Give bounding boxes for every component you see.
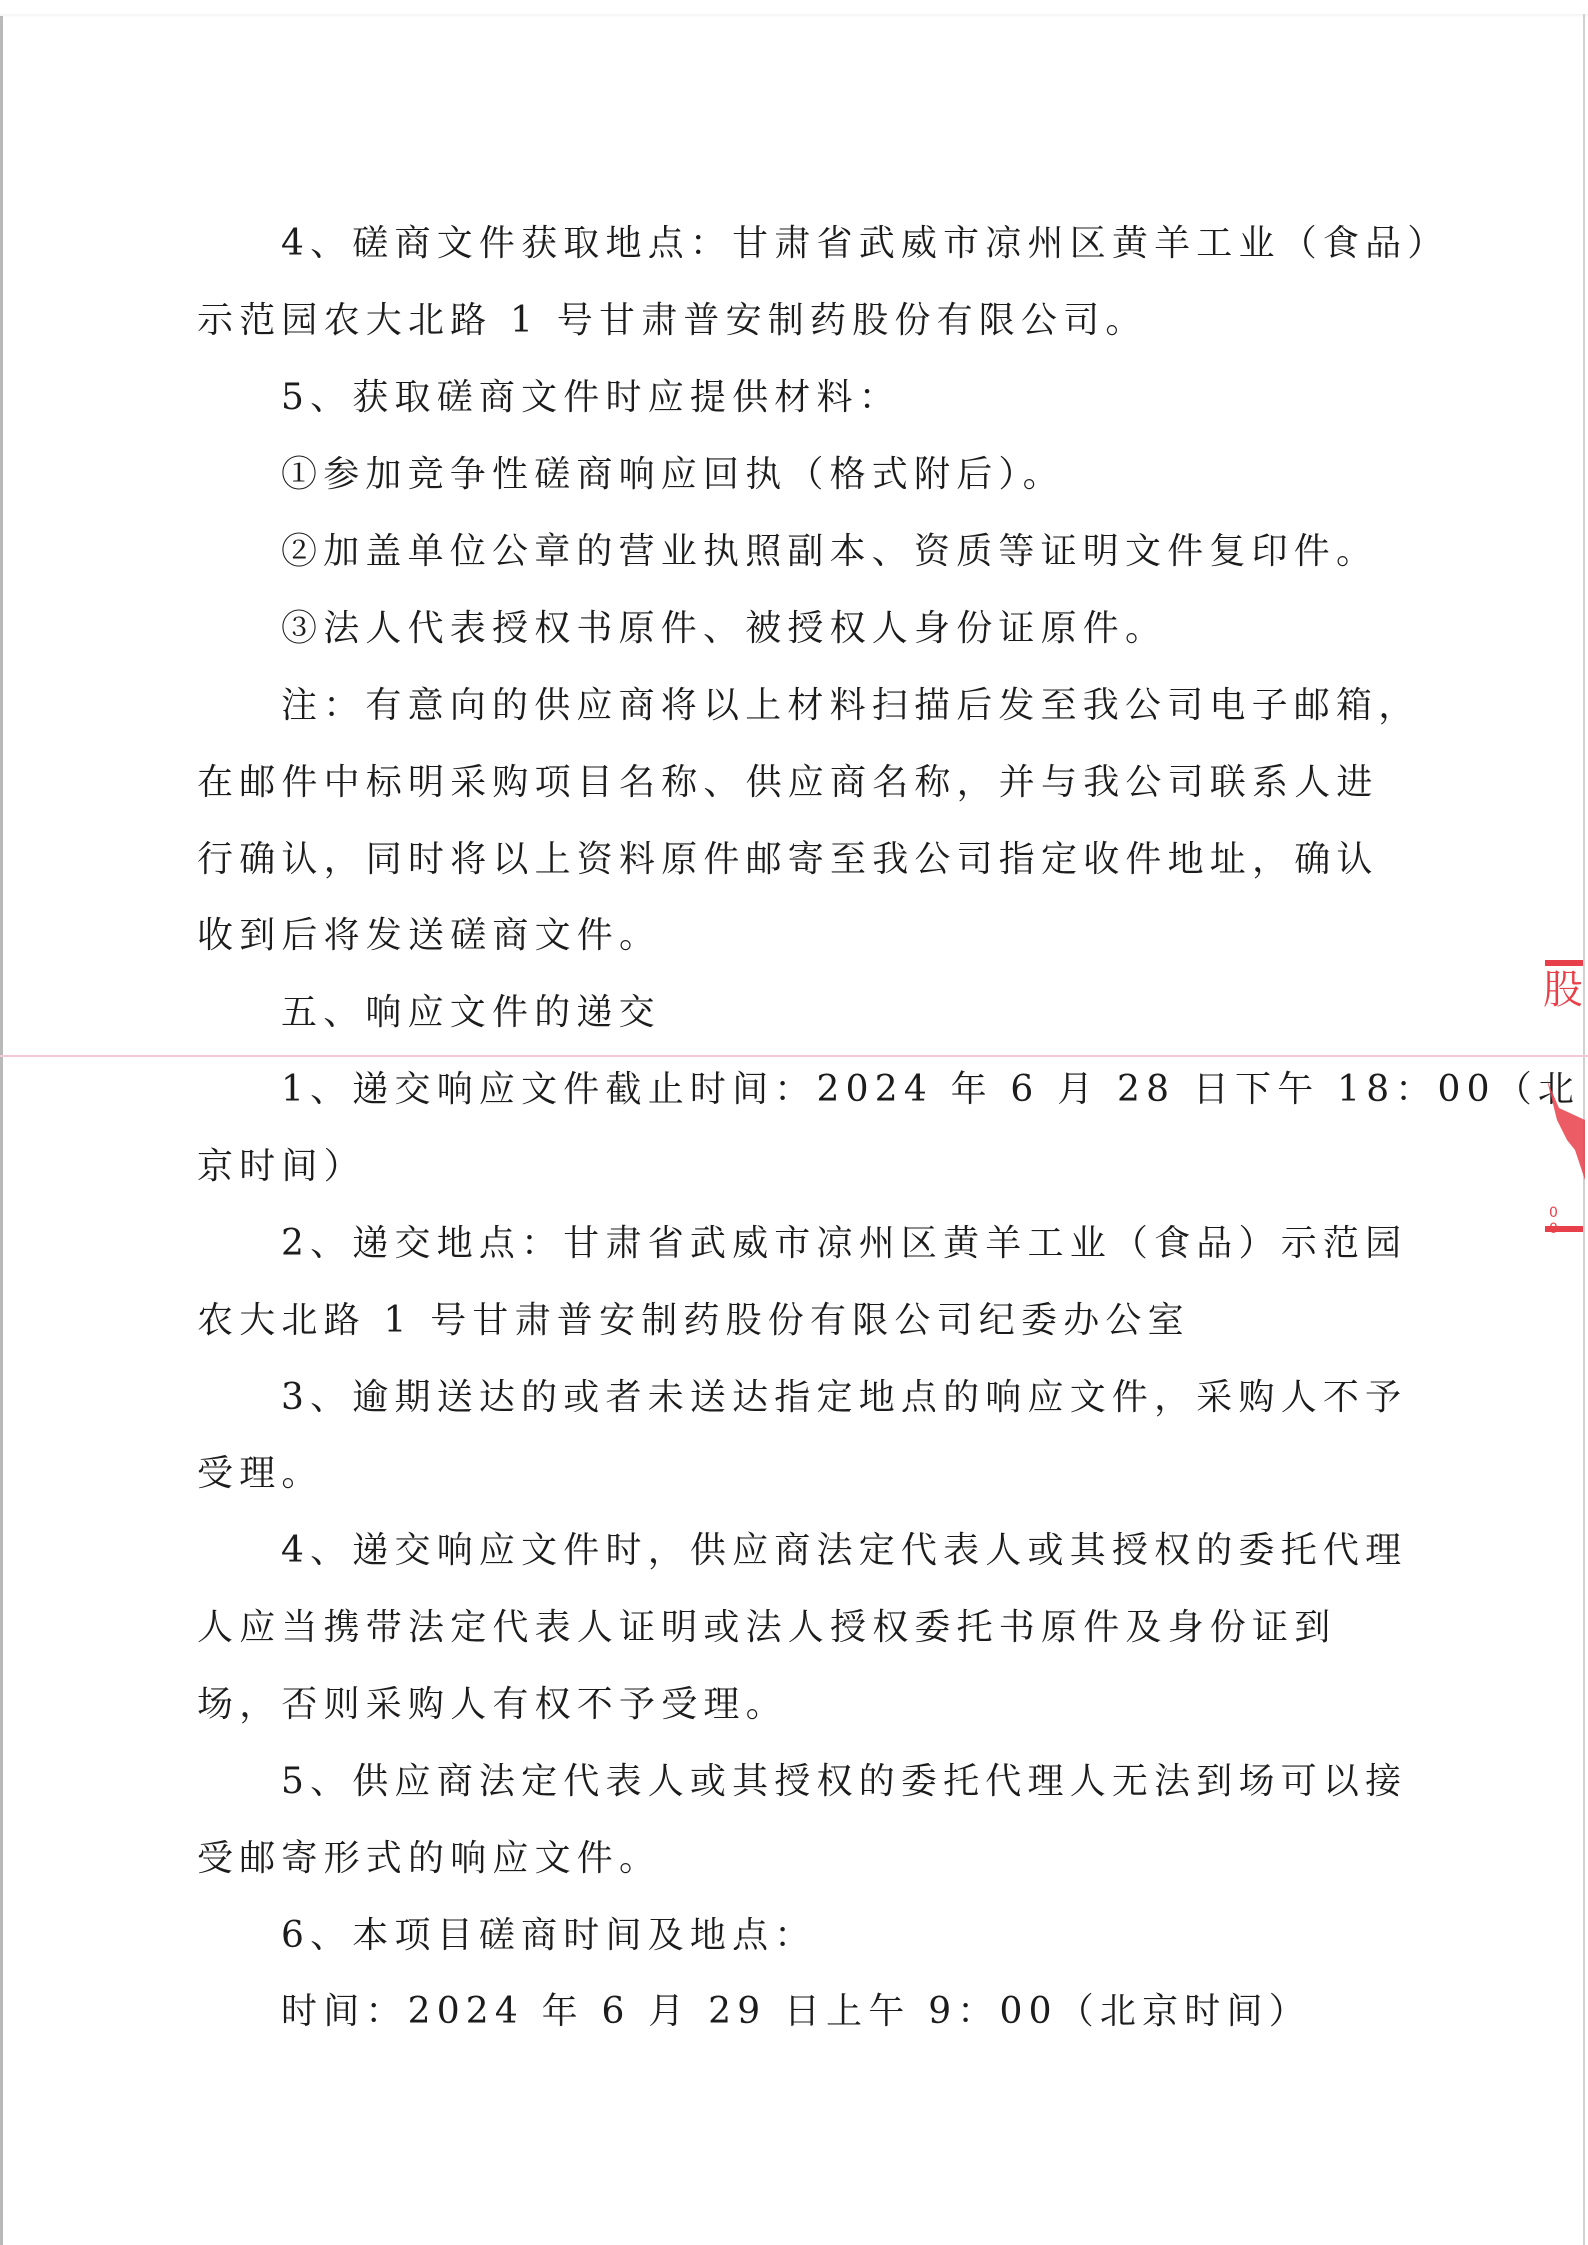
negotiation-time: 时间：2024 年 6 月 29 日上午 9：00（北京时间）	[281, 1990, 1311, 2034]
submission-item-5-mail-cont: 受邮寄形式的响应文件。	[197, 1837, 661, 1881]
paragraph-4-pickup-location: 4、磋商文件获取地点：甘肃省武威市凉州区黄羊工业（食品）	[281, 222, 1450, 266]
fold-line	[0, 1055, 1588, 1057]
seal-digits: 0 0	[1549, 1205, 1588, 1237]
section-heading-submission: 五、响应文件的递交	[281, 991, 661, 1035]
document-page: 4、磋商文件获取地点：甘肃省武威市凉州区黄羊工业（食品） 示范园农大北路 1 号…	[0, 0, 1588, 2245]
submission-item-3-late-cont: 受理。	[197, 1452, 324, 1496]
note-paragraph-cont-2: 行确认，同时将以上资料原件邮寄至我公司指定收件地址，确认	[197, 838, 1379, 882]
submission-item-2-location-cont: 农大北路 1 号甘肃普安制药股份有限公司纪委办公室	[197, 1299, 1190, 1343]
submission-item-4-representative: 4、递交响应文件时，供应商法定代表人或其授权的委托代理	[281, 1529, 1407, 1573]
note-paragraph-cont-3: 收到后将发送磋商文件。	[197, 914, 661, 958]
paragraph-5-materials-heading: 5、获取磋商文件时应提供材料：	[281, 376, 901, 420]
seal-character: 股	[1543, 968, 1581, 1012]
material-item-3: ③法人代表授权书原件、被授权人身份证原件。	[281, 607, 1167, 651]
submission-item-1-deadline: 1、递交响应文件截止时间：2024 年 6 月 28 日下午 18：00（北	[281, 1068, 1580, 1112]
material-item-2: ②加盖单位公章的营业执照副本、资质等证明文件复印件。	[281, 530, 1378, 574]
submission-item-4-representative-cont-2: 场，否则采购人有权不予受理。	[197, 1683, 788, 1727]
company-seal-fragment: 股 0 0	[1545, 960, 1588, 1240]
submission-item-3-late: 3、逾期送达的或者未送达指定地点的响应文件，采购人不予	[281, 1376, 1407, 1420]
paragraph-4-pickup-location-cont: 示范园农大北路 1 号甘肃普安制药股份有限公司。	[197, 299, 1148, 343]
submission-item-2-location: 2、递交地点：甘肃省武威市凉州区黄羊工业（食品）示范园	[281, 1222, 1407, 1266]
submission-item-5-mail: 5、供应商法定代表人或其授权的委托代理人无法到场可以接	[281, 1760, 1407, 1804]
submission-item-6-negotiation: 6、本项目磋商时间及地点：	[281, 1914, 817, 1958]
note-paragraph-cont-1: 在邮件中标明采购项目名称、供应商名称，并与我公司联系人进	[197, 761, 1379, 805]
material-item-1: ①参加竞争性磋商响应回执（格式附后）。	[281, 453, 1065, 497]
seal-border-bottom	[1545, 1226, 1583, 1232]
seal-border-top	[1545, 960, 1583, 966]
scan-edge-top	[0, 14, 1588, 18]
submission-item-4-representative-cont-1: 人应当携带法定代表人证明或法人授权委托书原件及身份证到	[197, 1606, 1336, 1650]
scan-edge-left	[0, 16, 3, 2245]
note-paragraph: 注：有意向的供应商将以上材料扫描后发至我公司电子邮箱，	[281, 684, 1420, 728]
seal-star-icon	[1545, 1080, 1585, 1180]
submission-item-1-deadline-cont: 京时间）	[197, 1145, 366, 1189]
